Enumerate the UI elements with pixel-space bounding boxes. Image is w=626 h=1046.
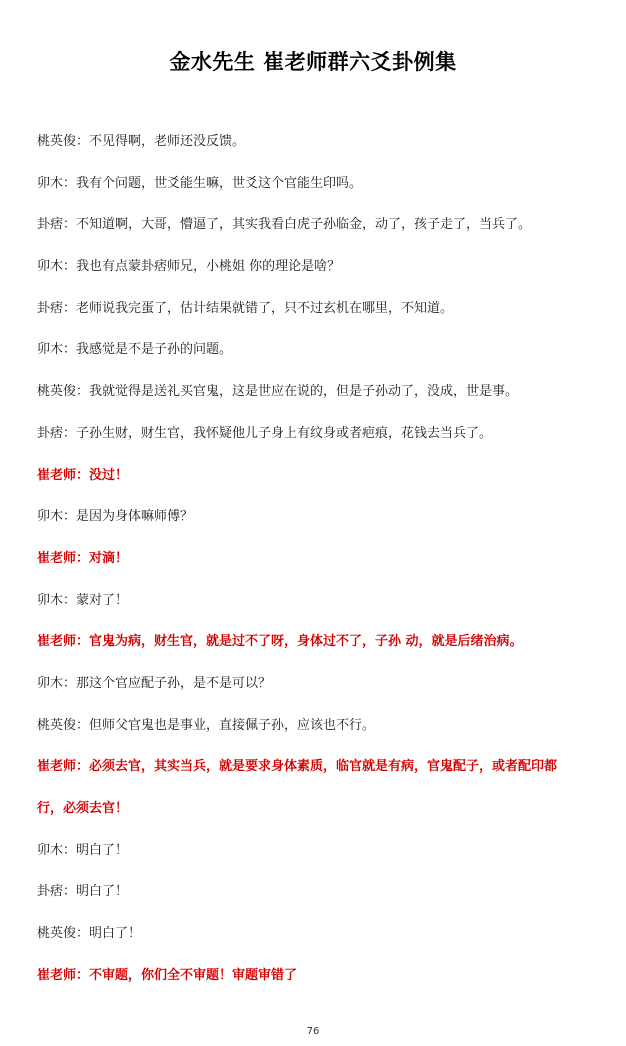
dialogue-line: 卯木：我有个问题，世爻能生嘛，世爻这个官能生印吗。 xyxy=(37,174,597,194)
document-title: 金水先生 崔老师群六爻卦例集 xyxy=(0,46,626,76)
dialogue-line: 卯木：那这个官应配子孙，是不是可以？ xyxy=(37,674,597,694)
dialogue-list: 桃英俊：不见得啊，老师还没反馈。 卯木：我有个问题，世爻能生嘛，世爻这个官能生印… xyxy=(37,132,597,1007)
dialogue-line: 卯木：蒙对了！ xyxy=(37,591,597,611)
dialogue-line: 桃英俊：不见得啊，老师还没反馈。 xyxy=(37,132,597,152)
dialogue-line: 桃英俊：明白了！ xyxy=(37,924,597,944)
dialogue-line: 卦痞：老师说我完蛋了，估计结果就错了，只不过玄机在哪里，不知道。 xyxy=(37,299,597,319)
teacher-line: 崔老师：没过！ xyxy=(37,466,597,486)
teacher-line: 崔老师：不审题，你们全不审题！审题审错了 xyxy=(37,966,597,986)
teacher-line: 崔老师：官鬼为病，财生官，就是过不了呀，身体过不了，子孙 动，就是后绪治病。 xyxy=(37,632,597,652)
teacher-line: 崔老师：必须去官，其实当兵，就是要求身体素质，临官就是有病，官鬼配子，或者配印都 xyxy=(37,757,597,777)
dialogue-line: 卦痞：子孙生财，财生官，我怀疑他儿子身上有纹身或者疤痕，花钱去当兵了。 xyxy=(37,424,597,444)
teacher-line-continuation: 行，必须去官！ xyxy=(37,799,597,819)
dialogue-line: 卦痞：明白了！ xyxy=(37,882,597,902)
dialogue-line: 卯木：明白了！ xyxy=(37,841,597,861)
dialogue-line: 桃英俊：我就觉得是送礼买官鬼，这是世应在说的，但是子孙动了，没成，世是事。 xyxy=(37,382,597,402)
dialogue-line: 卯木：我感觉是不是子孙的问题。 xyxy=(37,340,597,360)
dialogue-line: 桃英俊：但师父官鬼也是事业，直接佩子孙，应该也不行。 xyxy=(37,716,597,736)
dialogue-line: 卯木：是因为身体嘛师傅？ xyxy=(37,507,597,527)
dialogue-line: 卦痞：不知道啊，大哥，懵逼了，其实我看白虎子孙临金，动了，孩子走了，当兵了。 xyxy=(37,215,597,235)
teacher-line: 崔老师：对滴！ xyxy=(37,549,597,569)
dialogue-line: 卯木：我也有点蒙卦痞师兄，小桃姐 你的理论是啥？ xyxy=(37,257,597,277)
page-number: 76 xyxy=(0,1026,626,1037)
